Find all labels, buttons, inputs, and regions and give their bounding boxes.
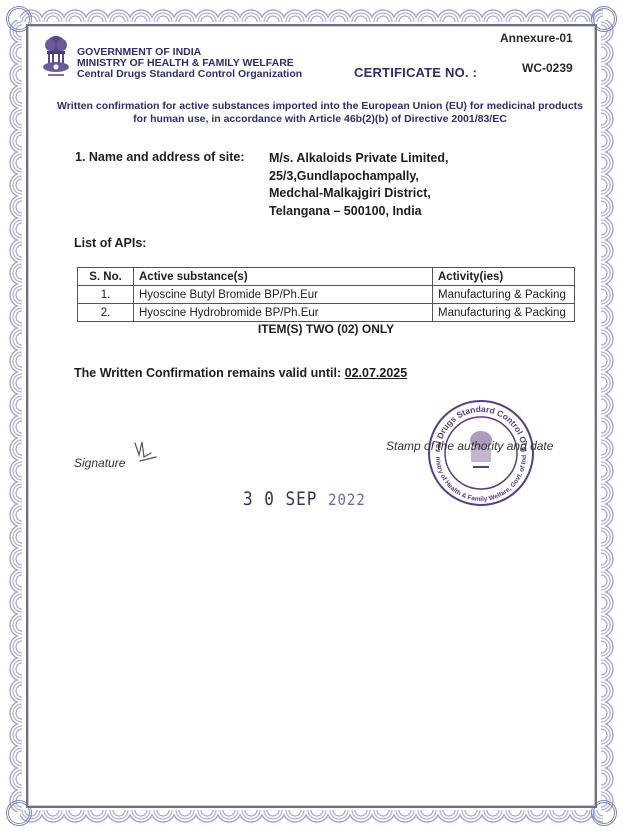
site-address: M/s. Alkaloids Private Limited, 25/3,Gun…: [269, 150, 448, 220]
certificate-number-label: CERTIFICATE NO. :: [354, 65, 477, 80]
validity-date: 02.07.2025: [345, 366, 408, 380]
official-seal-icon: Central Drugs Standard Control Organiz. …: [426, 398, 536, 508]
table-row: 2. Hyoscine Hydrobromide BP/Ph.Eur Manuf…: [78, 304, 575, 322]
column-header-sno: S. No.: [78, 268, 134, 286]
date-stamp-year: 2022: [328, 491, 366, 509]
cell-sno: 1.: [78, 286, 134, 304]
confirmation-intro: Written confirmation for active substanc…: [50, 100, 590, 126]
stamp-caption: Stamp of the authority and date: [386, 439, 553, 453]
cell-activity: Manufacturing & Packing: [433, 286, 575, 304]
column-header-substance: Active substance(s): [134, 268, 433, 286]
table-row: 1. Hyoscine Butyl Bromide BP/Ph.Eur Manu…: [78, 286, 575, 304]
certificate-number: WC-0239: [522, 61, 573, 75]
cell-substance: Hyoscine Butyl Bromide BP/Ph.Eur: [134, 286, 433, 304]
annexure-label: Annexure-01: [500, 31, 573, 45]
border-right: [601, 20, 617, 812]
cell-activity: Manufacturing & Packing: [433, 304, 575, 322]
items-count-note: ITEM(S) TWO (02) ONLY: [77, 322, 575, 336]
apis-table: S. No. Active substance(s) Activity(ies)…: [77, 267, 575, 322]
border-left: [6, 20, 22, 812]
apis-list-label: List of APIs:: [74, 236, 146, 250]
cell-sno: 2.: [78, 304, 134, 322]
site-label: 1. Name and address of site:: [75, 150, 245, 164]
issuing-authority: GOVERNMENT OF INDIA MINISTRY OF HEALTH &…: [77, 47, 302, 80]
signature-label: Signature: [74, 456, 125, 470]
border-bottom: [20, 810, 603, 826]
column-header-activity: Activity(ies): [433, 268, 575, 286]
address-line: M/s. Alkaloids Private Limited,: [269, 150, 448, 168]
handwritten-signature-icon: [132, 437, 162, 467]
validity-label: The Written Confirmation remains valid u…: [74, 366, 341, 380]
cell-substance: Hyoscine Hydrobromide BP/Ph.Eur: [134, 304, 433, 322]
org-line-cdsco: Central Drugs Standard Control Organizat…: [77, 69, 302, 80]
national-emblem-icon: [40, 33, 72, 79]
date-stamp-day-month: 3 0 SEP: [243, 488, 317, 510]
border-top: [20, 6, 603, 22]
address-line: Medchal-Malkajgiri District,: [269, 185, 448, 203]
received-date-stamp: 3 0 SEP 2022: [243, 488, 366, 510]
validity-statement: The Written Confirmation remains valid u…: [74, 366, 407, 380]
address-line: 25/3,Gundlapochampally,: [269, 168, 448, 186]
address-line: Telangana – 500100, India: [269, 203, 448, 221]
table-header-row: S. No. Active substance(s) Activity(ies): [78, 268, 575, 286]
